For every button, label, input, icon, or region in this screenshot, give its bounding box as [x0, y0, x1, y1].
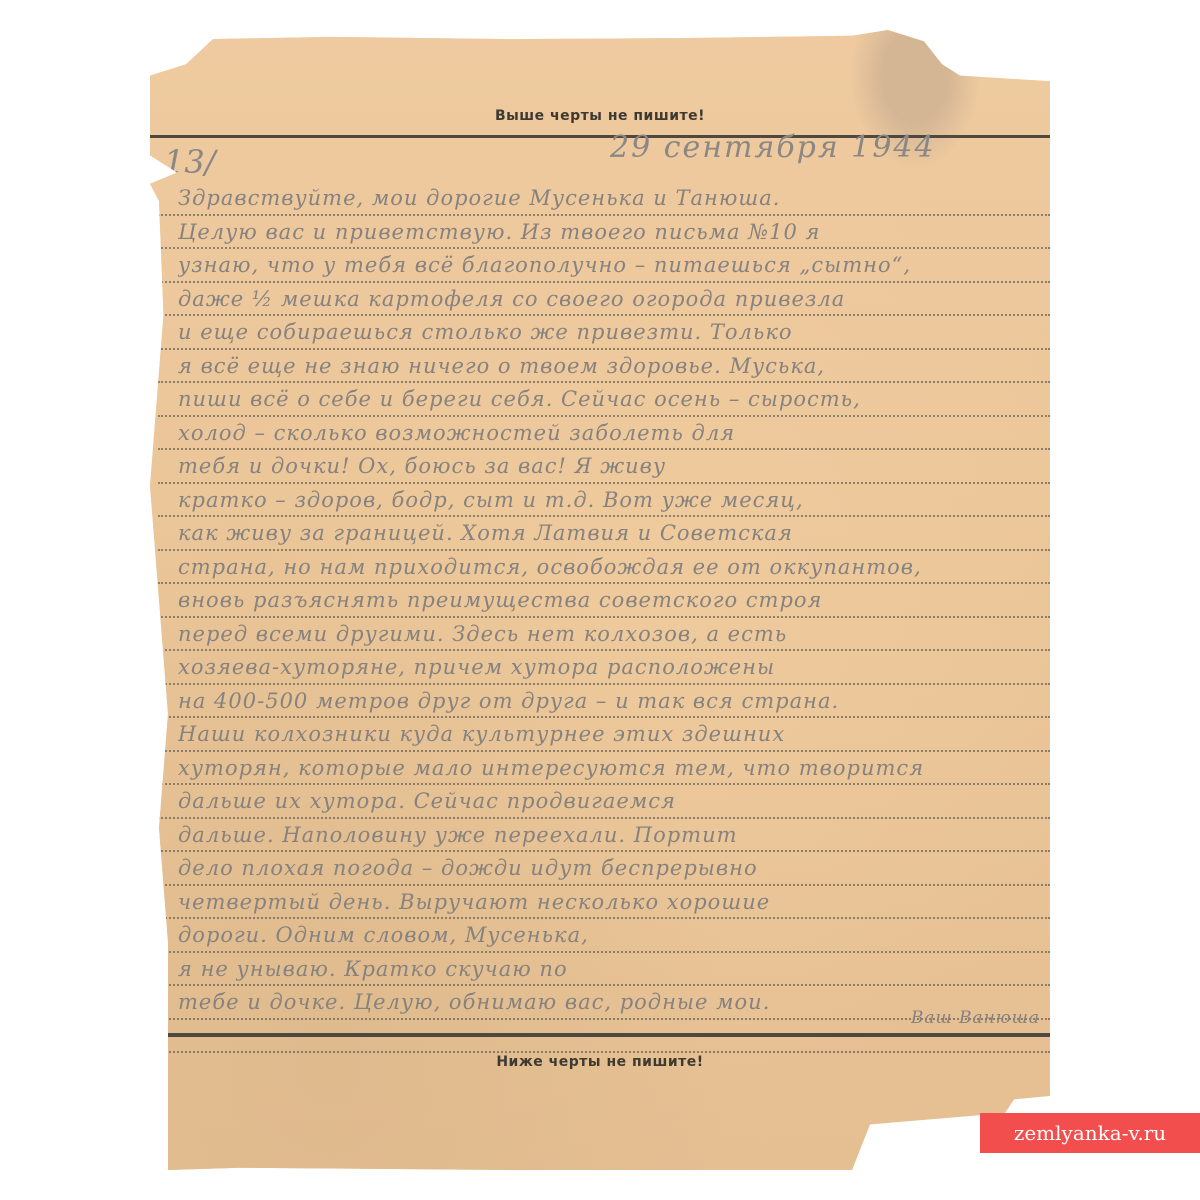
handwritten-body: Здравствуйте, мои дорогие Мусенька и Тан…	[158, 160, 1050, 1030]
ruled-dotted-line	[158, 683, 1050, 685]
ruled-dotted-line	[158, 917, 1050, 919]
handwritten-line: перед всеми другими. Здесь нет колхозов,…	[178, 622, 1040, 646]
handwritten-line: страна, но нам приходится, освобождая ее…	[178, 555, 1040, 579]
handwritten-line: я всё еще не знаю ничего о твоем здоровь…	[178, 354, 1040, 378]
printed-footer-notice: Ниже черты не пишите!	[150, 1054, 1050, 1070]
ruled-dotted-line	[158, 750, 1050, 752]
ruled-dotted-line	[158, 582, 1050, 584]
printed-header-notice: Выше черты не пишите!	[150, 108, 1050, 124]
ruled-dotted-line	[158, 716, 1050, 718]
handwritten-line: как живу за границей. Хотя Латвия и Сове…	[178, 521, 1040, 545]
ruled-dotted-line	[158, 884, 1050, 886]
ruled-dotted-line	[158, 515, 1050, 517]
handwritten-line: и еще собираешься столько же привезти. Т…	[178, 320, 1040, 344]
ruled-dotted-line	[158, 482, 1050, 484]
handwritten-line: тебя и дочки! Ох, боюсь за вас! Я живу	[178, 454, 1040, 478]
site-watermark: zemlyanka-v.ru	[980, 1113, 1200, 1153]
letter-sheet: Выше черты не пишите! 13/ 29 сентября 19…	[150, 30, 1050, 1170]
handwritten-line: хуторян, которые мало интересуются тем, …	[178, 756, 1040, 780]
ruled-dotted-line	[158, 214, 1050, 216]
handwritten-line: Здравствуйте, мои дорогие Мусенька и Тан…	[178, 186, 1040, 210]
handwritten-line: Наши колхозники куда культурнее этих зде…	[178, 722, 1040, 746]
ruled-dotted-line	[158, 281, 1050, 283]
handwritten-line: дальше. Наполовину уже переехали. Портит	[178, 823, 1040, 847]
ruled-dotted-line	[158, 1051, 1050, 1053]
handwritten-line: Ваш Ванюша	[911, 1008, 1040, 1028]
ruled-dotted-line	[158, 348, 1050, 350]
handwritten-line: на 400-500 метров друг от друга – и так …	[178, 689, 1040, 713]
handwritten-line: узнаю, что у тебя всё благополучно – пит…	[178, 253, 1040, 277]
handwritten-line: четвертый день. Выручают несколько хорош…	[178, 890, 1040, 914]
handwritten-line: хозяева-хуторяне, причем хутора располож…	[178, 655, 1040, 679]
handwritten-line: кратко – здоров, бодр, сыт и т.д. Вот уж…	[178, 488, 1040, 512]
handwritten-line: вновь разъяснять преимущества советского…	[178, 588, 1040, 612]
ruled-dotted-line	[158, 549, 1050, 551]
ruled-dotted-line	[158, 448, 1050, 450]
ruled-dotted-line	[158, 247, 1050, 249]
handwritten-line: холод – сколько возможностей заболеть дл…	[178, 421, 1040, 445]
handwritten-line: я не унываю. Кратко скучаю по	[178, 957, 1040, 981]
ruled-dotted-line	[158, 415, 1050, 417]
bottom-rule-line	[150, 1033, 1050, 1037]
handwritten-line: дороги. Одним словом, Мусенька,	[178, 923, 1040, 947]
ruled-dotted-line	[158, 850, 1050, 852]
ruled-dotted-line	[158, 616, 1050, 618]
handwritten-line: пиши всё о себе и береги себя. Сейчас ос…	[178, 387, 1040, 411]
handwritten-line: Целую вас и приветствую. Из твоего письм…	[178, 220, 1040, 244]
ruled-dotted-line	[158, 951, 1050, 953]
ruled-dotted-line	[158, 817, 1050, 819]
ruled-dotted-line	[158, 314, 1050, 316]
ruled-dotted-line	[158, 381, 1050, 383]
handwritten-line: даже ½ мешка картофеля со своего огорода…	[178, 287, 1040, 311]
ruled-dotted-line	[158, 649, 1050, 651]
handwritten-line: дело плохая погода – дожди идут беспреры…	[178, 856, 1040, 880]
ruled-dotted-line	[158, 783, 1050, 785]
ruled-dotted-line	[158, 984, 1050, 986]
handwritten-line: дальше их хутора. Сейчас продвигаемся	[178, 789, 1040, 813]
